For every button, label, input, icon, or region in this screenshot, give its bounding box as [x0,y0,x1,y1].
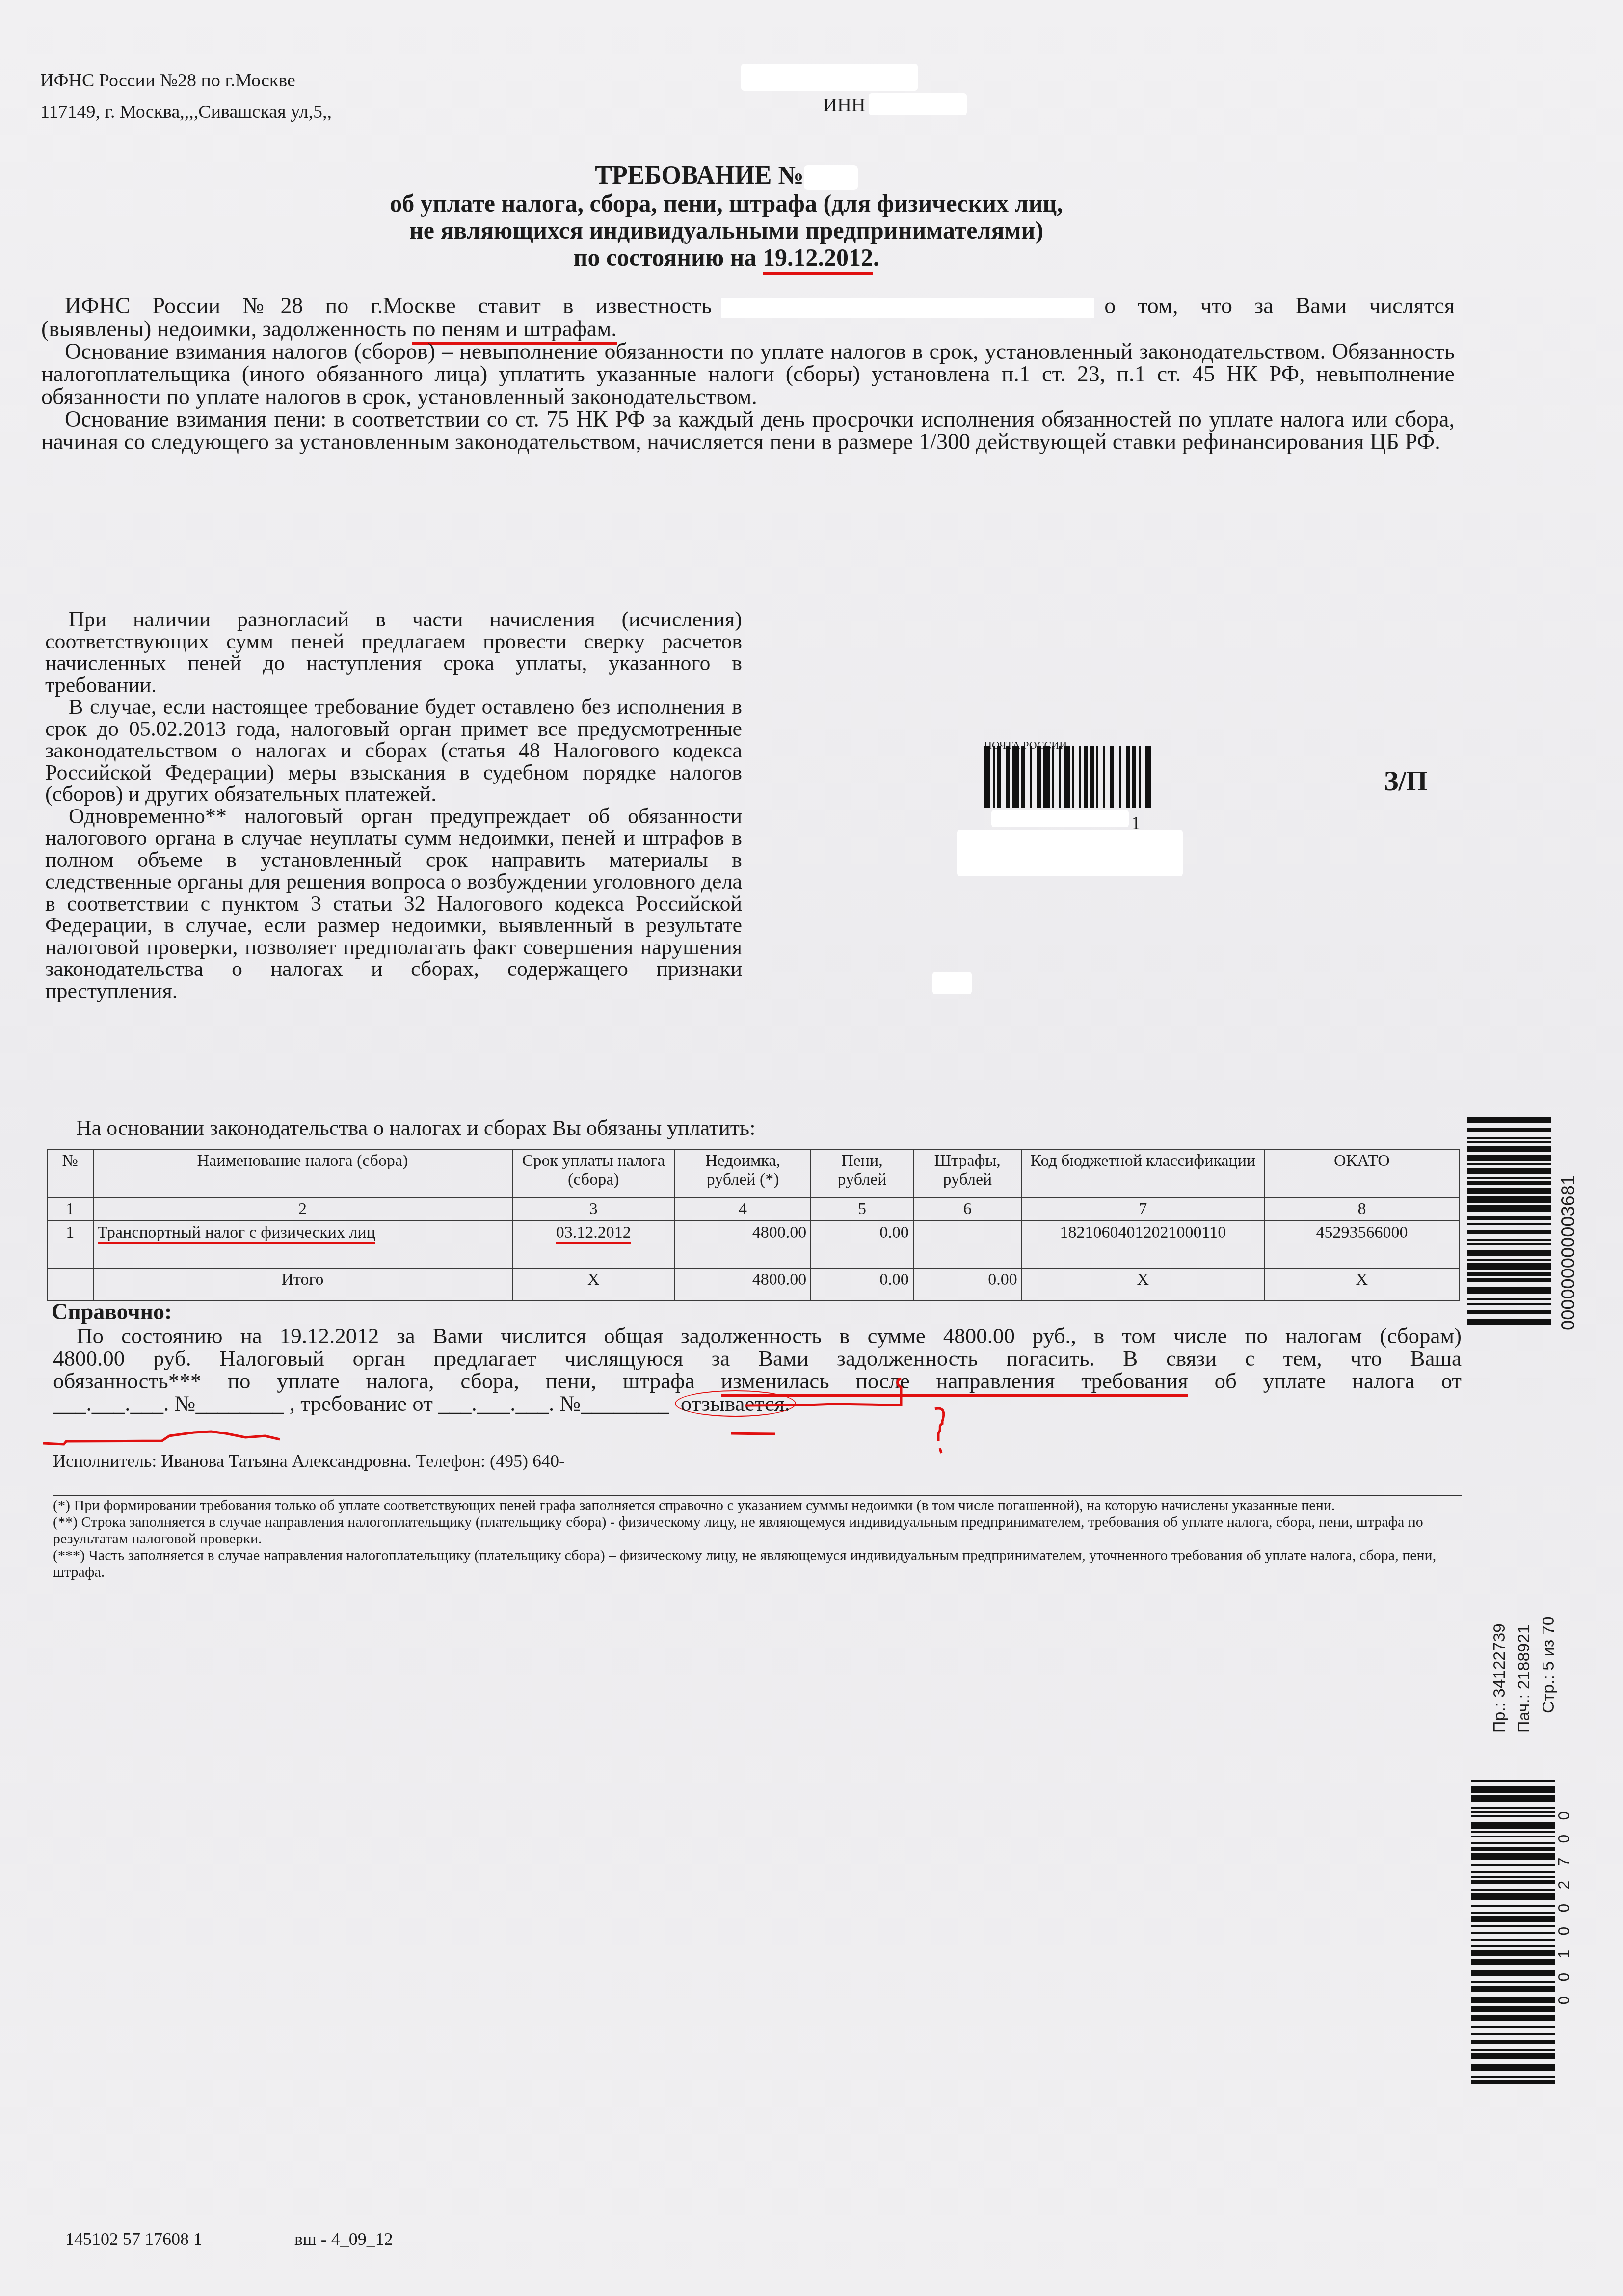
column-number-cell: 4 [675,1197,811,1221]
table-header-cell: Недоимка, рублей (*) [675,1149,811,1197]
cell-due: 03.12.2012 [556,1223,631,1244]
redacted-inn [869,93,967,115]
barcode-digit: 0 [1555,1811,1573,1820]
table-header-row: №Наименование налога (сбора)Срок уплаты … [47,1149,1460,1197]
table-cell: 45293566000 [1264,1221,1460,1268]
tax-office-address: 117149, г. Москва,,,,Сивашская ул,5,, [40,101,332,123]
table-cell: 4800.00 [675,1221,811,1268]
document-page: ИФНС России №28 по г.Москве 117149, г. М… [0,0,1623,2296]
side-barcode-1-number: 000000000003681 [1558,1175,1579,1330]
total-penalty: 0.00 [811,1268,913,1300]
table-cell: 0.00 [811,1221,913,1268]
batch-info: Пр.: 34122739 Пач.: 2188921 Стр.: 5 из 7… [1487,1616,1561,1733]
cell-arrears: 4800.00 [752,1223,807,1242]
table-cell [913,1221,1022,1268]
batch-project: Пр.: 34122739 [1487,1616,1512,1733]
footnote-divider [53,1495,1462,1496]
postal-mark: З/П [1384,766,1428,797]
cell-num: 1 [66,1223,74,1242]
document-title: ТРЕБОВАНИЕ № [0,161,1453,190]
footnote-1: (*) При формировании требования только о… [53,1497,1466,1514]
redacted-name [741,64,918,91]
intro-paragraph-1: ИФНС России №28 по г.Москве ставит в изв… [41,295,1455,318]
column-number-cell: 5 [811,1197,913,1221]
reference-line-3: обязанность*** по уплате налога, сбора, … [53,1370,1462,1392]
form-code: вш - 4_09_12 [294,2229,393,2249]
tax-table: №Наименование налога (сбора)Срок уплаты … [47,1149,1460,1301]
title-line-4: по состоянию на 19.12.2012. [0,243,1453,271]
barcode-digit: 0 [1555,1973,1573,1982]
column-number-cell: 1 [47,1197,93,1221]
total-label: Итого [93,1268,512,1300]
redacted-recipient-address [957,830,1183,876]
column-number-cell: 8 [1264,1197,1460,1221]
cell-name: Транспортный налог с физических лиц [98,1223,375,1244]
table-header-cell: Код бюджетной классификации [1022,1149,1264,1197]
barcode-digit: 7 [1555,1858,1573,1866]
warnings-section: При наличии разногласий в части начислен… [45,609,742,1002]
intro-paragraph-3: Основание взимания пени: в соответствии … [41,408,1455,453]
table-header-cell: Срок уплаты налога (сбора) [512,1149,675,1197]
title-line-3: не являющихся индивидуальными предприним… [0,216,1453,244]
footnote-3: (***) Часть заполняется в случае направл… [53,1547,1466,1581]
table-header-cell: Наименование налога (сбора) [93,1149,512,1197]
total-due: X [512,1268,675,1300]
cell-penalty: 0.00 [879,1223,909,1242]
inn-label: ИНН [823,93,866,116]
table-cell: 18210604012021000110 [1022,1221,1264,1268]
redacted-barcode-number [991,810,1129,827]
redacted-taxpayer [721,298,1094,318]
table-total-row: Итого X 4800.00 0.00 0.00 X X [47,1268,1460,1300]
barcode-digit: 0 [1555,1996,1573,2005]
column-number-cell: 2 [93,1197,512,1221]
side-barcode-1 [1467,1117,1551,1328]
intro-paragraph-1-cont: (выявлены) недоимки, задолженность по пе… [41,318,1455,340]
total-kbk: X [1022,1268,1264,1300]
redacted-postcode [932,972,972,994]
barcode-digit: 0 [1555,1904,1573,1913]
table-cell: 03.12.2012 [512,1221,675,1268]
intro-paragraph-2: Основание взимания налогов (сборов) – не… [41,340,1455,408]
barcode-digit: 2 [1555,1881,1573,1890]
tax-office-name: ИФНС России №28 по г.Москве [40,70,295,91]
reference-line-1: По состоянию на 19.12.2012 за Вами числи… [53,1324,1462,1347]
total-okato: X [1264,1268,1460,1300]
title-line-2: об уплате налога, сбора, пени, штрафа (д… [0,189,1453,217]
table-cell: 1 [47,1221,93,1268]
barcode-digit: 0 [1555,1927,1573,1936]
footnote-2: (**) Строка заполняется в случае направл… [53,1514,1466,1547]
total-arrears: 4800.00 [675,1268,811,1300]
barcode-digit: 1 [1555,1950,1573,1959]
barcode-digit: 0 [1555,1835,1573,1843]
warning-paragraph-3: Одновременно** налоговый орган предупреж… [45,806,742,1002]
table-header-cell: Пени, рублей [811,1149,913,1197]
reference-line-4: ___.___.___. №________ , требование от _… [53,1392,1462,1415]
warning-paragraph-1: При наличии разногласий в части начислен… [45,609,742,696]
reference-line-2: 4800.00 руб. Налоговый орган предлагает … [53,1347,1462,1370]
revoked-word: отзывается. [675,1390,796,1417]
table-header-cell: ОКАТО [1264,1149,1460,1197]
table-column-numbers: 12345678 [47,1197,1460,1221]
postal-barcode [984,746,1151,810]
table-caption: На основании законодательства о налогах … [76,1115,755,1140]
redacted-number [804,165,858,190]
reference-heading: Справочно: [52,1298,172,1324]
side-barcode-2 [1471,1780,1555,2084]
table-cell: Транспортный налог с физических лиц [93,1221,512,1268]
as-of-date: 19.12.2012 [763,243,873,275]
batch-pack: Пач.: 2188921 [1512,1616,1536,1733]
warning-paragraph-2: В случае, если настоящее требование буде… [45,696,742,806]
total-fine: 0.00 [913,1268,1022,1300]
cell-okato: 45293566000 [1316,1223,1408,1242]
table-header-cell: Штрафы, рублей [913,1149,1022,1197]
cell-kbk: 18210604012021000110 [1060,1223,1226,1242]
column-number-cell: 3 [512,1197,675,1221]
table-body: 1Транспортный налог с физических лиц03.1… [47,1221,1460,1268]
column-number-cell: 6 [913,1197,1022,1221]
table-row: 1Транспортный налог с физических лиц03.1… [47,1221,1460,1268]
table-header-cell: № [47,1149,93,1197]
intro-section: ИФНС России №28 по г.Москве ставит в изв… [41,295,1455,453]
footnotes: (*) При формировании требования только о… [53,1497,1466,1581]
document-code: 145102 57 17608 1 [65,2229,202,2249]
column-number-cell: 7 [1022,1197,1264,1221]
executor-line: Исполнитель: Иванова Татьяна Александров… [53,1451,565,1471]
reference-section: По состоянию на 19.12.2012 за Вами числи… [53,1324,1462,1415]
batch-page: Стр.: 5 из 70 [1536,1616,1561,1733]
